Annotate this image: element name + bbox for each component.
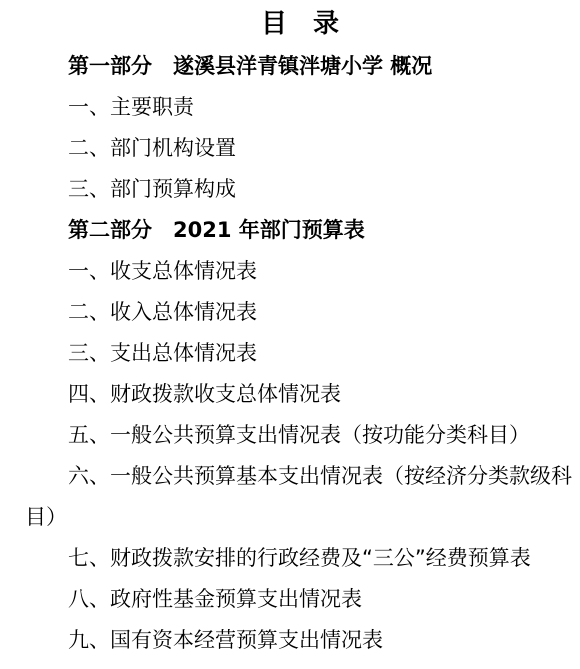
- toc-entry-admin-three-public-funds: 七、财政拨款安排的行政经费及“三公”经费预算表: [25, 538, 575, 579]
- toc-entry-government-fund-expense: 八、政府性基金预算支出情况表: [25, 579, 575, 620]
- toc-entry-expense-overview: 三、支出总体情况表: [25, 333, 575, 374]
- section-heading-part1: 第一部分 遂溪县洋青镇泮塘小学 概况: [25, 46, 575, 87]
- toc-entry-fiscal-allocation-overview: 四、财政拨款收支总体情况表: [25, 374, 575, 415]
- toc-entry-public-budget-basic-expense: 六、一般公共预算基本支出情况表（按经济分类款级科目）: [25, 456, 575, 538]
- toc-entry-state-capital-expense: 九、国有资本经营预算支出情况表: [25, 620, 575, 661]
- toc-entry-budget-composition: 三、部门预算构成: [25, 169, 575, 210]
- toc-entry-income-overview: 二、收入总体情况表: [25, 292, 575, 333]
- toc-page: 目 录 第一部分 遂溪县洋青镇泮塘小学 概况 一、主要职责 二、部门机构设置 三…: [0, 0, 580, 669]
- section-heading-part2: 第二部分 2021 年部门预算表: [25, 210, 575, 251]
- toc-entry-public-budget-expense: 五、一般公共预算支出情况表（按功能分类科目）: [25, 415, 575, 456]
- toc-entry-org-structure: 二、部门机构设置: [25, 128, 575, 169]
- toc-entry-main-duties: 一、主要职责: [25, 87, 575, 128]
- toc-entry-income-expense-overview: 一、收支总体情况表: [25, 251, 575, 292]
- toc-title: 目 录: [25, 2, 575, 46]
